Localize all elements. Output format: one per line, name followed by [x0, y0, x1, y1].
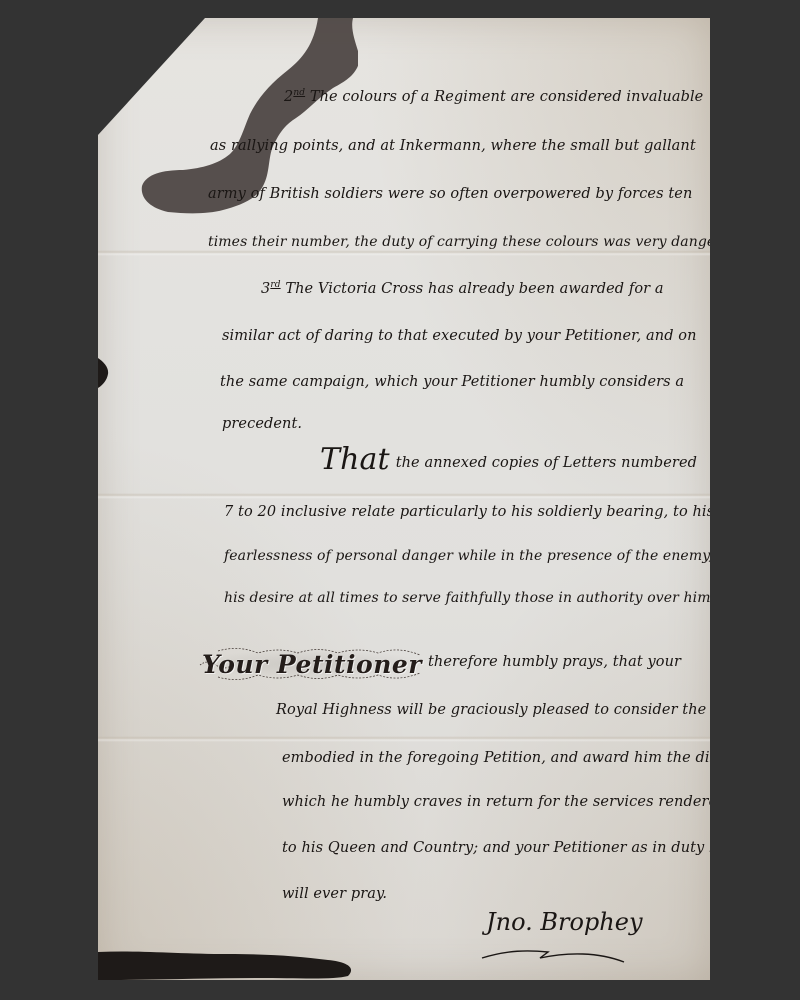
text-line: therefore humbly prays, that your [428, 654, 681, 670]
text-line: the same campaign, which your Petitioner… [220, 374, 684, 390]
ordinal-marker: 3rd [261, 281, 281, 297]
ordinal-marker: 2nd [284, 89, 305, 105]
text-line: 3rd The Victoria Cross has already been … [261, 280, 664, 297]
text-line: Royal Highness will be graciously please… [276, 702, 747, 718]
text-line: to his Queen and Country; and your Petit… [282, 840, 756, 856]
text-line: embodied in the foregoing Petition, and … [282, 750, 774, 766]
fold-crease [98, 250, 710, 256]
fold-crease [98, 736, 710, 742]
fold-crease [98, 493, 710, 499]
edge-tear [98, 358, 110, 388]
signature-underline-flourish [478, 936, 628, 966]
ornate-heading: Your Petitioner [198, 643, 426, 685]
text-line: 7 to 20 inclusive relate particularly to… [224, 504, 714, 520]
text-line: 2nd The colours of a Regiment are consid… [284, 88, 703, 105]
paper-aging-shade [98, 18, 710, 980]
text-line: which he humbly craves in return for the… [282, 794, 782, 810]
that-lead-word: That [320, 442, 390, 477]
text-line: army of British soldiers were so often o… [208, 186, 692, 202]
text-line: similar act of daring to that executed b… [222, 328, 697, 344]
text-line: fearlessness of personal danger while in… [224, 548, 763, 564]
text-line: as rallying points, and at Inkermann, wh… [210, 138, 696, 154]
signature: Jno. Brophey [486, 908, 643, 936]
text-line: will ever pray. [282, 886, 387, 902]
text-line: Thatthe annexed copies of Letters number… [320, 442, 697, 477]
petition-page: 2nd The colours of a Regiment are consid… [98, 18, 710, 980]
ink-stain [98, 948, 358, 980]
text-line: his desire at all times to serve faithfu… [224, 590, 715, 606]
text-line: times their number, the duty of carrying… [208, 234, 752, 250]
text-line: precedent. [222, 416, 302, 432]
